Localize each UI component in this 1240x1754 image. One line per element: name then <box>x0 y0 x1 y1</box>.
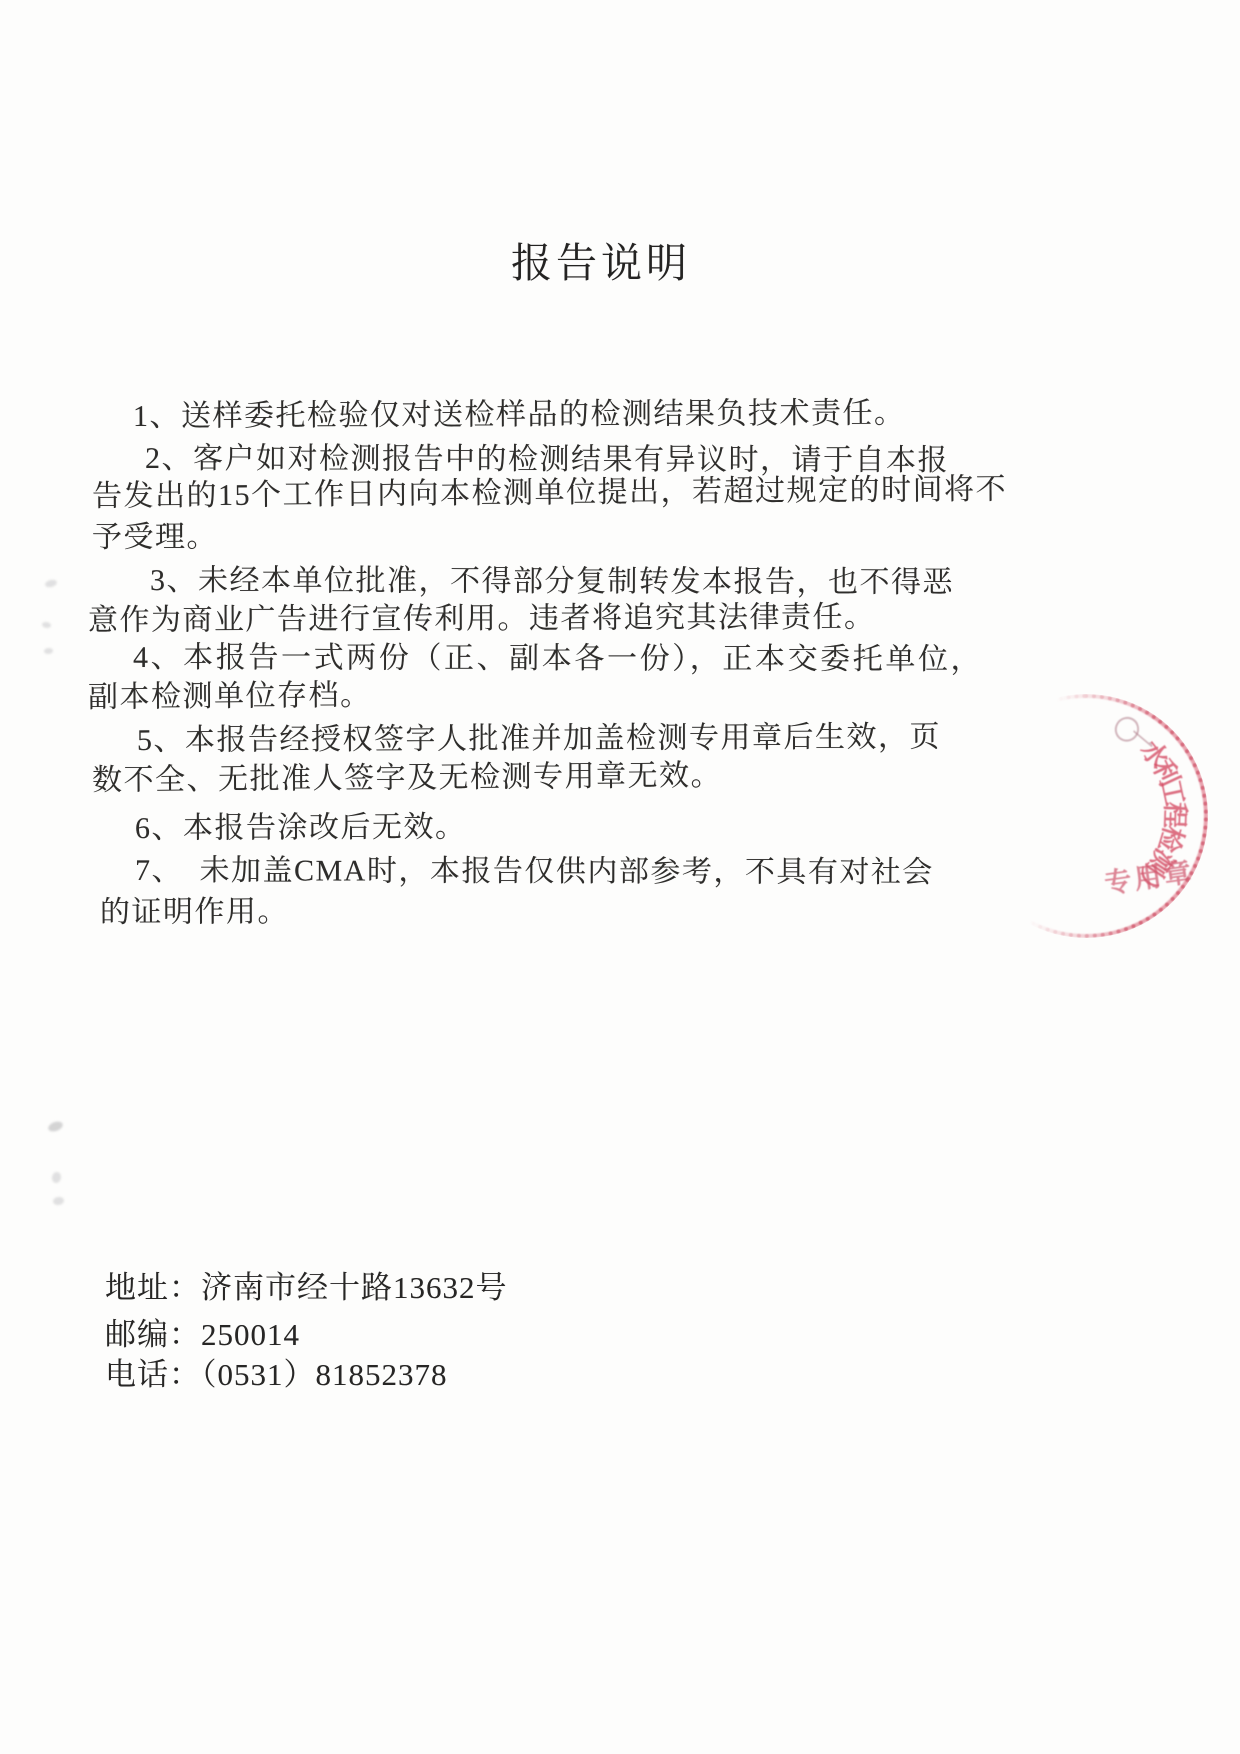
seal-arc-char: 工 <box>1155 776 1188 809</box>
address-line: 地址：济南市经十路13632号 <box>105 1262 508 1307</box>
note-line: 予受理。 <box>92 511 218 556</box>
note-line: 6、本报告涂改后无效。 <box>135 802 467 847</box>
scan-artifact <box>44 648 53 655</box>
seal-ring <box>964 694 1208 938</box>
seal-arc-char: 测 <box>1140 843 1179 882</box>
report-notes-title: 报告说明 <box>511 230 691 289</box>
seal-ring-texture <box>964 694 1208 938</box>
phone-line: 电话：（0531）81852378 <box>105 1349 448 1394</box>
note-line: 7、 未加盖CMA时，本报告仅供内部参考，不具有对社会 <box>135 845 934 891</box>
scan-artifact <box>52 1196 64 1205</box>
seal-inner-text: 专用章 <box>1102 850 1197 901</box>
seal-arc-char: 程 <box>1160 801 1189 830</box>
note-line: 副本检测单位存档。 <box>88 670 372 716</box>
seal-arc-char: 一 <box>1121 721 1160 760</box>
scan-artifact <box>44 579 57 589</box>
seal-arc-char: 检 <box>1153 822 1188 857</box>
note-line: 1、送样委托检验仅对送检样品的检测结果负技术责任。 <box>133 388 906 435</box>
note-line: 的证明作用。 <box>100 886 289 931</box>
postcode-line: 邮编：250014 <box>105 1309 300 1354</box>
seal-arc-char: ） <box>1121 862 1160 901</box>
note-line: 告发出的15个工作日内向本检测单位提出，若超过规定的时间将不 <box>92 464 1007 515</box>
seal-arc-char: 利 <box>1146 754 1183 791</box>
seal-arc-char: 水 <box>1134 735 1173 774</box>
scan-artifact <box>42 621 52 628</box>
scanned-report-page: 报告说明 1、送样委托检验仅对送检样品的检测结果负技术责任。 2、客户如对检测报… <box>0 0 1240 1754</box>
note-line: 数不全、无批准人签字及无检测专用章无效。 <box>92 750 722 799</box>
scan-artifact <box>51 1171 62 1184</box>
seal-arc-char: 〇 <box>1107 712 1145 750</box>
scan-artifact <box>47 1120 64 1134</box>
